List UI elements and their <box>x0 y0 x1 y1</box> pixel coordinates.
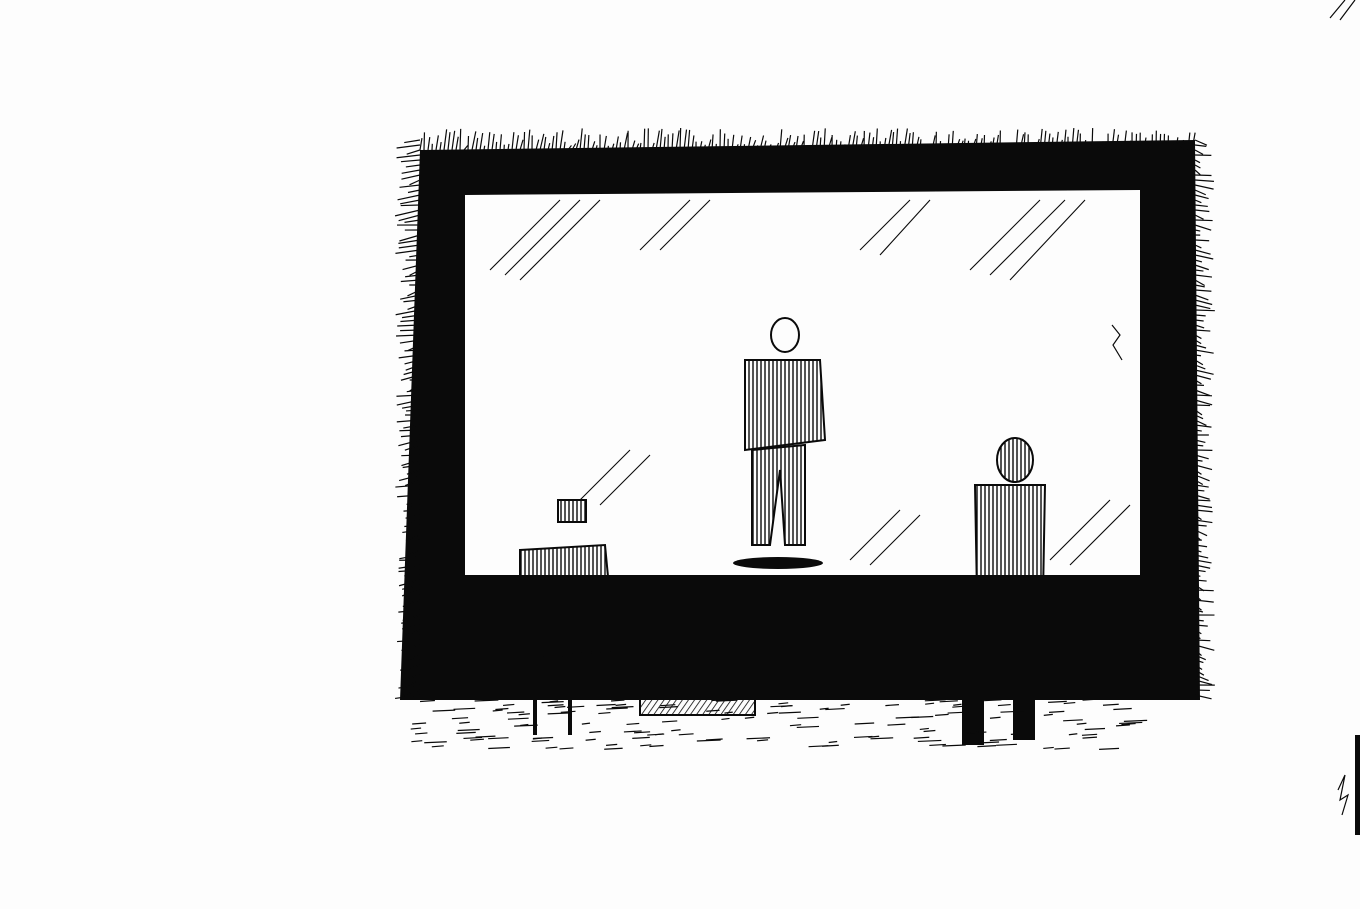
margin-scribble <box>1330 0 1355 20</box>
standing-man-figure <box>733 318 825 569</box>
ink-illustration <box>0 0 1360 909</box>
floor-hatching <box>411 699 1147 749</box>
margin-scribble <box>1112 325 1122 360</box>
margin-scribble <box>1338 775 1348 815</box>
edge-mark <box>1355 735 1360 835</box>
